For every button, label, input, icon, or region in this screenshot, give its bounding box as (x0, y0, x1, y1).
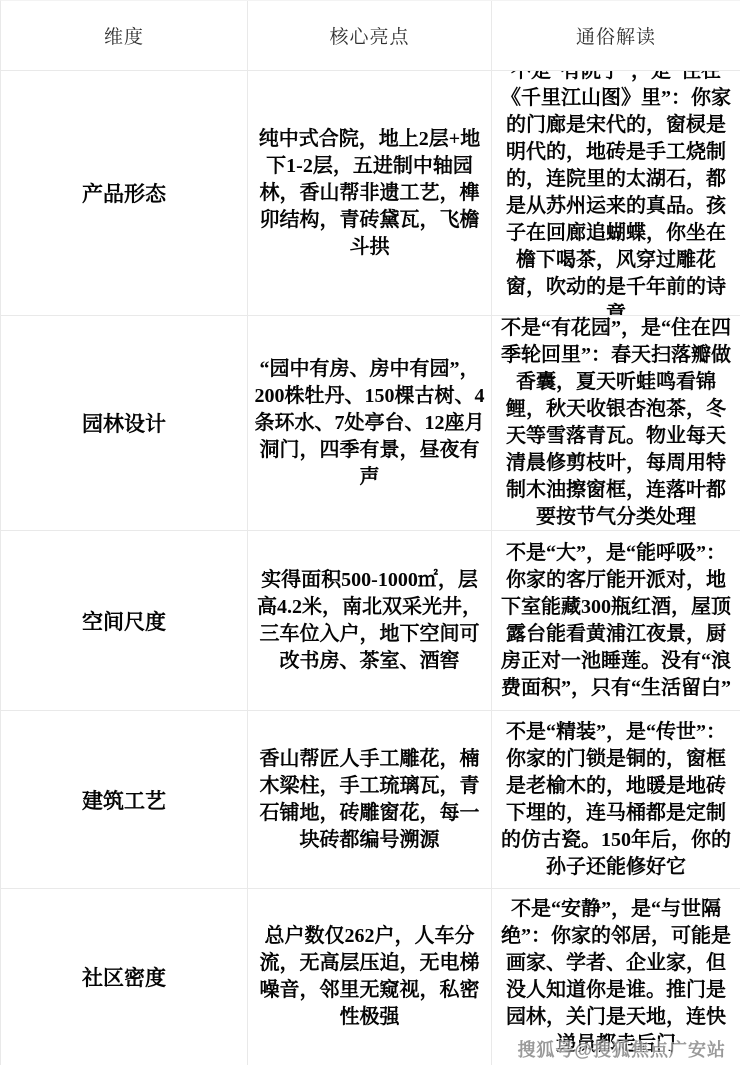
interpretation-text: 不是“大”，是“能呼吸”：你家的客厅能开派对，地下室能藏300瓶红酒，屋顶露台能… (492, 531, 740, 711)
highlight-text: 实得面积500-1000㎡，层高4.2米，南北双采光井，三车位入户，地下空间可改… (248, 531, 492, 711)
interpretation-text: 不是“精装”，是“传世”：你家的门锁是铜的，窗框是老榆木的，地暖是地砖下埋的，连… (492, 711, 740, 889)
dimension-label: 产品形态 (1, 71, 248, 316)
sohu-watermark: 搜狐号@搜狐焦点广安站 (517, 1036, 726, 1062)
table-row-garden-design: 园林设计 “园中有房、房中有园”，200株牡丹、150棵古树、4条环水、7处亭台… (1, 316, 740, 531)
comparison-table: 维度 核心亮点 通俗解读 产品形态 纯中式合院，地上2层+地下1-2层，五进制中… (0, 0, 740, 1065)
dimension-label: 社区密度 (1, 889, 248, 1065)
table-row-product-form: 产品形态 纯中式合院，地上2层+地下1-2层，五进制中轴园林，香山帮非遗工艺，榫… (1, 71, 740, 316)
highlight-text: 纯中式合院，地上2层+地下1-2层，五进制中轴园林，香山帮非遗工艺，榫卯结构，青… (248, 71, 492, 316)
interpretation-text: 不是“有院子”，是“住在《千里江山图》里”：你家的门廊是宋代的，窗棂是明代的，地… (492, 71, 740, 316)
highlight-text: 香山帮匠人手工雕花，楠木梁柱，手工琉璃瓦，青石铺地，砖雕窗花，每一块砖都编号溯源 (248, 711, 492, 889)
highlight-text: “园中有房、房中有园”，200株牡丹、150棵古树、4条环水、7处亭台、12座月… (248, 316, 492, 531)
dimension-label: 空间尺度 (1, 531, 248, 711)
column-header-highlight: 核心亮点 (248, 1, 492, 71)
interpretation-text: 不是“有花园”，是“住在四季轮回里”：春天扫落瓣做香囊，夏天听蛙鸣看锦鲤，秋天收… (492, 316, 740, 531)
table-row-construction-craft: 建筑工艺 香山帮匠人手工雕花，楠木梁柱，手工琉璃瓦，青石铺地，砖雕窗花，每一块砖… (1, 711, 740, 889)
dimension-label: 园林设计 (1, 316, 248, 531)
column-header-dimension: 维度 (1, 1, 248, 71)
table-header-row: 维度 核心亮点 通俗解读 (1, 1, 740, 71)
column-header-interpretation: 通俗解读 (492, 1, 740, 71)
table-row-space-scale: 空间尺度 实得面积500-1000㎡，层高4.2米，南北双采光井，三车位入户，地… (1, 531, 740, 711)
highlight-text: 总户数仅262户，人车分流，无高层压迫，无电梯噪音，邻里无窥视，私密性极强 (248, 889, 492, 1065)
dimension-label: 建筑工艺 (1, 711, 248, 889)
